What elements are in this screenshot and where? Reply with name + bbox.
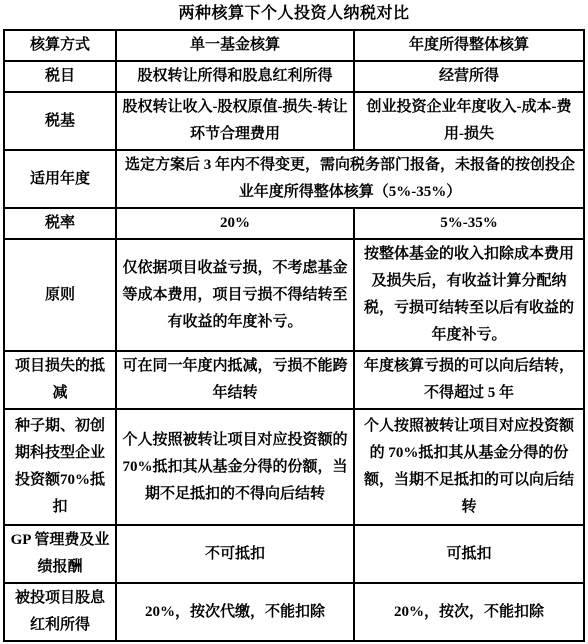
- row-label: 税基: [4, 92, 116, 150]
- table-row-seed-stage-deduction: 种子期、初创期科技型企业投资额70%抵扣 个人按照被转让项目对应投资额的 70%…: [4, 409, 584, 525]
- comparison-table: 核算方式 单一基金核算 年度所得整体核算 税目 股权转让所得和股息红利所得 经营…: [3, 29, 585, 642]
- cell-single-fund: 不可抵扣: [116, 525, 354, 583]
- cell-annual-overall: 5%-35%: [354, 208, 584, 239]
- cell-single-fund: 20%: [116, 208, 354, 239]
- cell-single-fund: 股权转让所得和股息红利所得: [116, 61, 354, 92]
- cell-annual-overall: 创业投资企业年度收入-成本-费用-损失: [354, 92, 584, 150]
- table-row-gp-fee: GP 管理费及业绩报酬 不可抵扣 可抵扣: [4, 525, 584, 583]
- cell-single-fund: 20%，按次代缴，不能扣除: [116, 583, 354, 641]
- cell-single-fund: 可在同一年度内抵减，亏损不能跨年结转: [116, 351, 354, 409]
- table-row-principle: 原则 仅依据项目收益亏损，不考虑基金等成本费用，项目亏损不得结转至有收益的年度补…: [4, 239, 584, 351]
- row-label: 原则: [4, 239, 116, 351]
- cell-single-fund: 个人按照被转让项目对应投资额的 70%抵扣其从基金分得的份额，当期不足抵扣的不得…: [116, 409, 354, 525]
- page: 两种核算下个人投资人纳税对比 核算方式 单一基金核算 年度所得整体核算 税目 股…: [0, 0, 588, 644]
- row-label: 种子期、初创期科技型企业投资额70%抵扣: [4, 409, 116, 525]
- header-cell-method: 核算方式: [4, 30, 116, 61]
- table-row-project-loss-offset: 项目损失的抵减 可在同一年度内抵减，亏损不能跨年结转 年度核算亏损的可以向后结转…: [4, 351, 584, 409]
- cell-annual-overall: 年度核算亏损的可以向后结转，不得超过 5 年: [354, 351, 584, 409]
- table-row-applicable-year: 适用年度 选定方案后 3 年内不得变更，需向税务部门报备，未报备的按创投企业年度…: [4, 150, 584, 208]
- cell-merged: 选定方案后 3 年内不得变更，需向税务部门报备，未报备的按创投企业年度所得整体核…: [116, 150, 584, 208]
- page-title: 两种核算下个人投资人纳税对比: [3, 3, 585, 29]
- cell-annual-overall: 个人按照被转让项目对应投资额的 70%抵扣其从基金分得的份额，当期不足抵扣的可以…: [354, 409, 584, 525]
- row-label: 税率: [4, 208, 116, 239]
- row-label: GP 管理费及业绩报酬: [4, 525, 116, 583]
- cell-annual-overall: 经营所得: [354, 61, 584, 92]
- row-label: 税目: [4, 61, 116, 92]
- cell-annual-overall: 可抵扣: [354, 525, 584, 583]
- table-row-dividend-income: 被投项目股息红利所得 20%，按次代缴，不能扣除 20%，按次，不能扣除: [4, 583, 584, 641]
- table-row-tax-item: 税目 股权转让所得和股息红利所得 经营所得: [4, 61, 584, 92]
- cell-single-fund: 股权转让收入-股权原值-损失-转让环节合理费用: [116, 92, 354, 150]
- row-label: 被投项目股息红利所得: [4, 583, 116, 641]
- header-cell-annual-overall: 年度所得整体核算: [354, 30, 584, 61]
- cell-annual-overall: 按整体基金的收入扣除成本费用及损失后，有收益计算分配纳税，亏损可结转至以后有收益…: [354, 239, 584, 351]
- header-cell-single-fund: 单一基金核算: [116, 30, 354, 61]
- table-row-tax-rate: 税率 20% 5%-35%: [4, 208, 584, 239]
- table-row-tax-base: 税基 股权转让收入-股权原值-损失-转让环节合理费用 创业投资企业年度收入-成本…: [4, 92, 584, 150]
- cell-single-fund: 仅依据项目收益亏损，不考虑基金等成本费用，项目亏损不得结转至有收益的年度补亏。: [116, 239, 354, 351]
- cell-annual-overall: 20%，按次，不能扣除: [354, 583, 584, 641]
- row-label: 项目损失的抵减: [4, 351, 116, 409]
- table-header-row: 核算方式 单一基金核算 年度所得整体核算: [4, 30, 584, 61]
- row-label: 适用年度: [4, 150, 116, 208]
